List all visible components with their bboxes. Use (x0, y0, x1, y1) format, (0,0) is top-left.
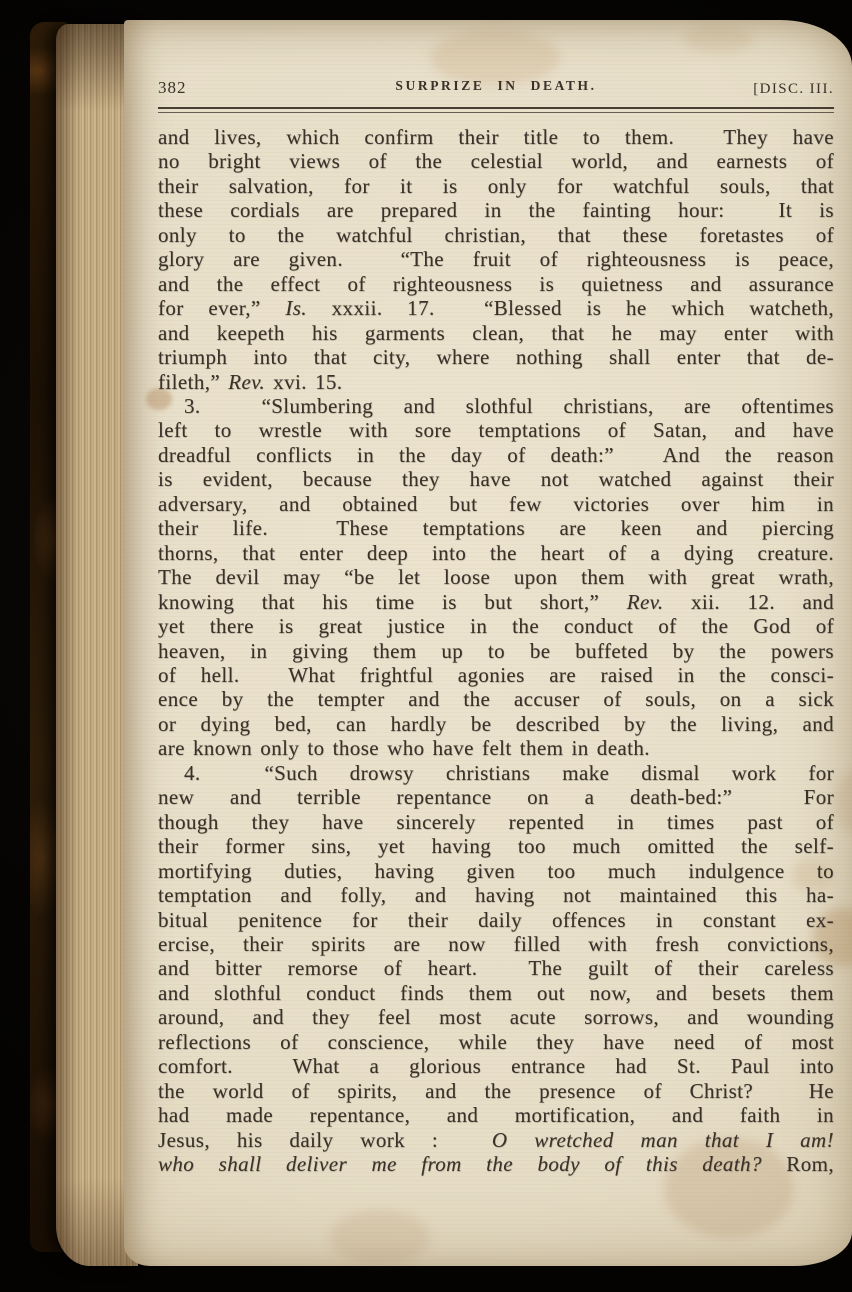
text-run: reflections of conscience, while they ha… (158, 1030, 834, 1054)
text-line: of hell. What frightful agonies are rais… (158, 663, 834, 687)
foxing-stain (430, 30, 560, 85)
text-run: or dying bed, can hardly be described by… (158, 712, 834, 736)
text-run: ence by the tempter and the accuser of s… (158, 687, 834, 711)
text-line: no bright views of the celestial world, … (158, 149, 834, 173)
header-rule (158, 107, 834, 113)
italic-text-run: O wretched man that I am! (492, 1128, 834, 1152)
text-line: ence by the tempter and the accuser of s… (158, 687, 834, 711)
text-run: Rom, (762, 1152, 834, 1176)
body-text: and lives, which confirm their title to … (158, 125, 834, 1176)
text-run: temptation and folly, and having not mai… (158, 883, 834, 907)
text-run: dreadful conflicts in the day of death:”… (158, 443, 834, 467)
photo-background: 382 SURPRIZE IN DEATH. [DISC. III. and l… (0, 0, 852, 1292)
text-line: mortifying duties, having given too much… (158, 859, 834, 883)
text-line: and keepeth his garments clean, that he … (158, 321, 834, 345)
text-line: for ever,” Is. xxxii. 17. “Blessed is he… (158, 296, 834, 320)
text-line: ercise, their spirits are now filled wit… (158, 932, 834, 956)
text-run: the world of spirits, and the presence o… (158, 1079, 834, 1103)
text-line: adversary, and obtained but few victorie… (158, 492, 834, 516)
italic-text-run: who shall deliver me from the body of th… (158, 1152, 762, 1176)
text-line: and bitter remorse of heart. The guilt o… (158, 956, 834, 980)
text-line: reflections of conscience, while they ha… (158, 1030, 834, 1054)
text-line: left to wrestle with sore temptations of… (158, 418, 834, 442)
foxing-stain (330, 1210, 430, 1265)
text-line: Jesus, his daily work : O wretched man t… (158, 1128, 834, 1152)
text-line: only to the watchful christian, that the… (158, 223, 834, 247)
text-line: bitual penitence for their daily offence… (158, 908, 834, 932)
text-line: their salvation, for it is only for watc… (158, 174, 834, 198)
text-run: and the effect of righteousness is quiet… (158, 272, 834, 296)
text-run: and keepeth his garments clean, that he … (158, 321, 834, 345)
text-line: fileth,” Rev. xvi. 15. (158, 370, 834, 394)
text-run: though they have sincerely repented in t… (158, 810, 834, 834)
italic-text-run: Rev. (627, 590, 664, 614)
text-line: and lives, which confirm their title to … (158, 125, 834, 149)
text-run: for ever,” (158, 296, 285, 320)
text-run: adversary, and obtained but few victorie… (158, 492, 834, 516)
page-number: 382 (158, 78, 187, 98)
text-run: yet there is great justice in the conduc… (158, 614, 834, 638)
text-run: left to wrestle with sore temptations of… (158, 418, 834, 442)
text-run: heaven, in giving them up to be buffeted… (158, 639, 834, 663)
text-run: glory are given. “The fruit of righteous… (158, 247, 834, 271)
text-run: fileth,” (158, 370, 228, 394)
text-line: dreadful conflicts in the day of death:”… (158, 443, 834, 467)
text-line: had made repentance, and mortification, … (158, 1103, 834, 1127)
text-run: of hell. What frightful agonies are rais… (158, 663, 834, 687)
text-run: their salvation, for it is only for watc… (158, 174, 834, 198)
text-run: knowing that his time is but short,” (158, 590, 627, 614)
text-line: around, and they feel most acute sorrows… (158, 1005, 834, 1029)
text-run: The devil may “be let loose upon them wi… (158, 565, 834, 589)
text-line: is evident, because they have not watche… (158, 467, 834, 491)
text-line: knowing that his time is but short,” Rev… (158, 590, 834, 614)
book-page: 382 SURPRIZE IN DEATH. [DISC. III. and l… (124, 20, 852, 1266)
text-block: 382 SURPRIZE IN DEATH. [DISC. III. and l… (158, 78, 834, 1176)
text-run: these cordials are prepared in the faint… (158, 198, 834, 222)
text-line: glory are given. “The fruit of righteous… (158, 247, 834, 271)
text-line: their former sins, yet having too much o… (158, 834, 834, 858)
text-run: and bitter remorse of heart. The guilt o… (158, 956, 834, 980)
text-line: thorns, that enter deep into the heart o… (158, 541, 834, 565)
text-line: though they have sincerely repented in t… (158, 810, 834, 834)
foxing-stain (834, 770, 852, 834)
text-run: xxxii. 17. “Blessed is he which watcheth… (307, 296, 834, 320)
foxing-stain (684, 26, 754, 52)
italic-text-run: Rev. (228, 370, 265, 394)
text-line: these cordials are prepared in the faint… (158, 198, 834, 222)
text-line: their life. These temptations are keen a… (158, 516, 834, 540)
text-run: is evident, because they have not watche… (158, 467, 834, 491)
text-run: no bright views of the celestial world, … (158, 149, 834, 173)
text-run: their former sins, yet having too much o… (158, 834, 834, 858)
text-line: and the effect of righteousness is quiet… (158, 272, 834, 296)
text-run: 3. “Slumbering and slothful christians, … (184, 394, 834, 418)
text-line: yet there is great justice in the conduc… (158, 614, 834, 638)
text-line: comfort. What a glorious entrance had St… (158, 1054, 834, 1078)
italic-text-run: Is. (285, 296, 307, 320)
text-run: comfort. What a glorious entrance had St… (158, 1054, 834, 1078)
text-line: 3. “Slumbering and slothful christians, … (158, 394, 834, 418)
text-run: only to the watchful christian, that the… (158, 223, 834, 247)
text-run: and slothful conduct finds them out now,… (158, 981, 834, 1005)
text-line: 4. “Such drowsy christians make dismal w… (158, 761, 834, 785)
text-run: thorns, that enter deep into the heart o… (158, 541, 834, 565)
text-run: had made repentance, and mortification, … (158, 1103, 834, 1127)
text-run: 4. “Such drowsy christians make dismal w… (184, 761, 834, 785)
text-run: xii. 12. and (664, 590, 835, 614)
text-line: who shall deliver me from the body of th… (158, 1152, 834, 1176)
text-run: ercise, their spirits are now filled wit… (158, 932, 834, 956)
text-run: new and terrible repentance on a death-b… (158, 785, 834, 809)
text-line: The devil may “be let loose upon them wi… (158, 565, 834, 589)
text-line: temptation and folly, and having not mai… (158, 883, 834, 907)
text-run: triumph into that city, where nothing sh… (158, 345, 834, 369)
text-run: are known only to those who have felt th… (158, 736, 650, 760)
text-line: the world of spirits, and the presence o… (158, 1079, 834, 1103)
text-line: or dying bed, can hardly be described by… (158, 712, 834, 736)
text-run: mortifying duties, having given too much… (158, 859, 834, 883)
text-run: and lives, which confirm their title to … (158, 125, 834, 149)
text-line: and slothful conduct finds them out now,… (158, 981, 834, 1005)
text-run: around, and they feel most acute sorrows… (158, 1005, 834, 1029)
text-line: new and terrible repentance on a death-b… (158, 785, 834, 809)
text-run: xvi. 15. (265, 370, 342, 394)
text-line: triumph into that city, where nothing sh… (158, 345, 834, 369)
text-run: bitual penitence for their daily offence… (158, 908, 834, 932)
text-line: are known only to those who have felt th… (158, 736, 834, 760)
text-run: their life. These temptations are keen a… (158, 516, 834, 540)
text-run: Jesus, his daily work : (158, 1128, 492, 1152)
section-label: [DISC. III. (753, 81, 834, 98)
running-title: SURPRIZE IN DEATH. (395, 78, 596, 94)
page-header: 382 SURPRIZE IN DEATH. [DISC. III. (158, 78, 834, 102)
text-line: heaven, in giving them up to be buffeted… (158, 639, 834, 663)
